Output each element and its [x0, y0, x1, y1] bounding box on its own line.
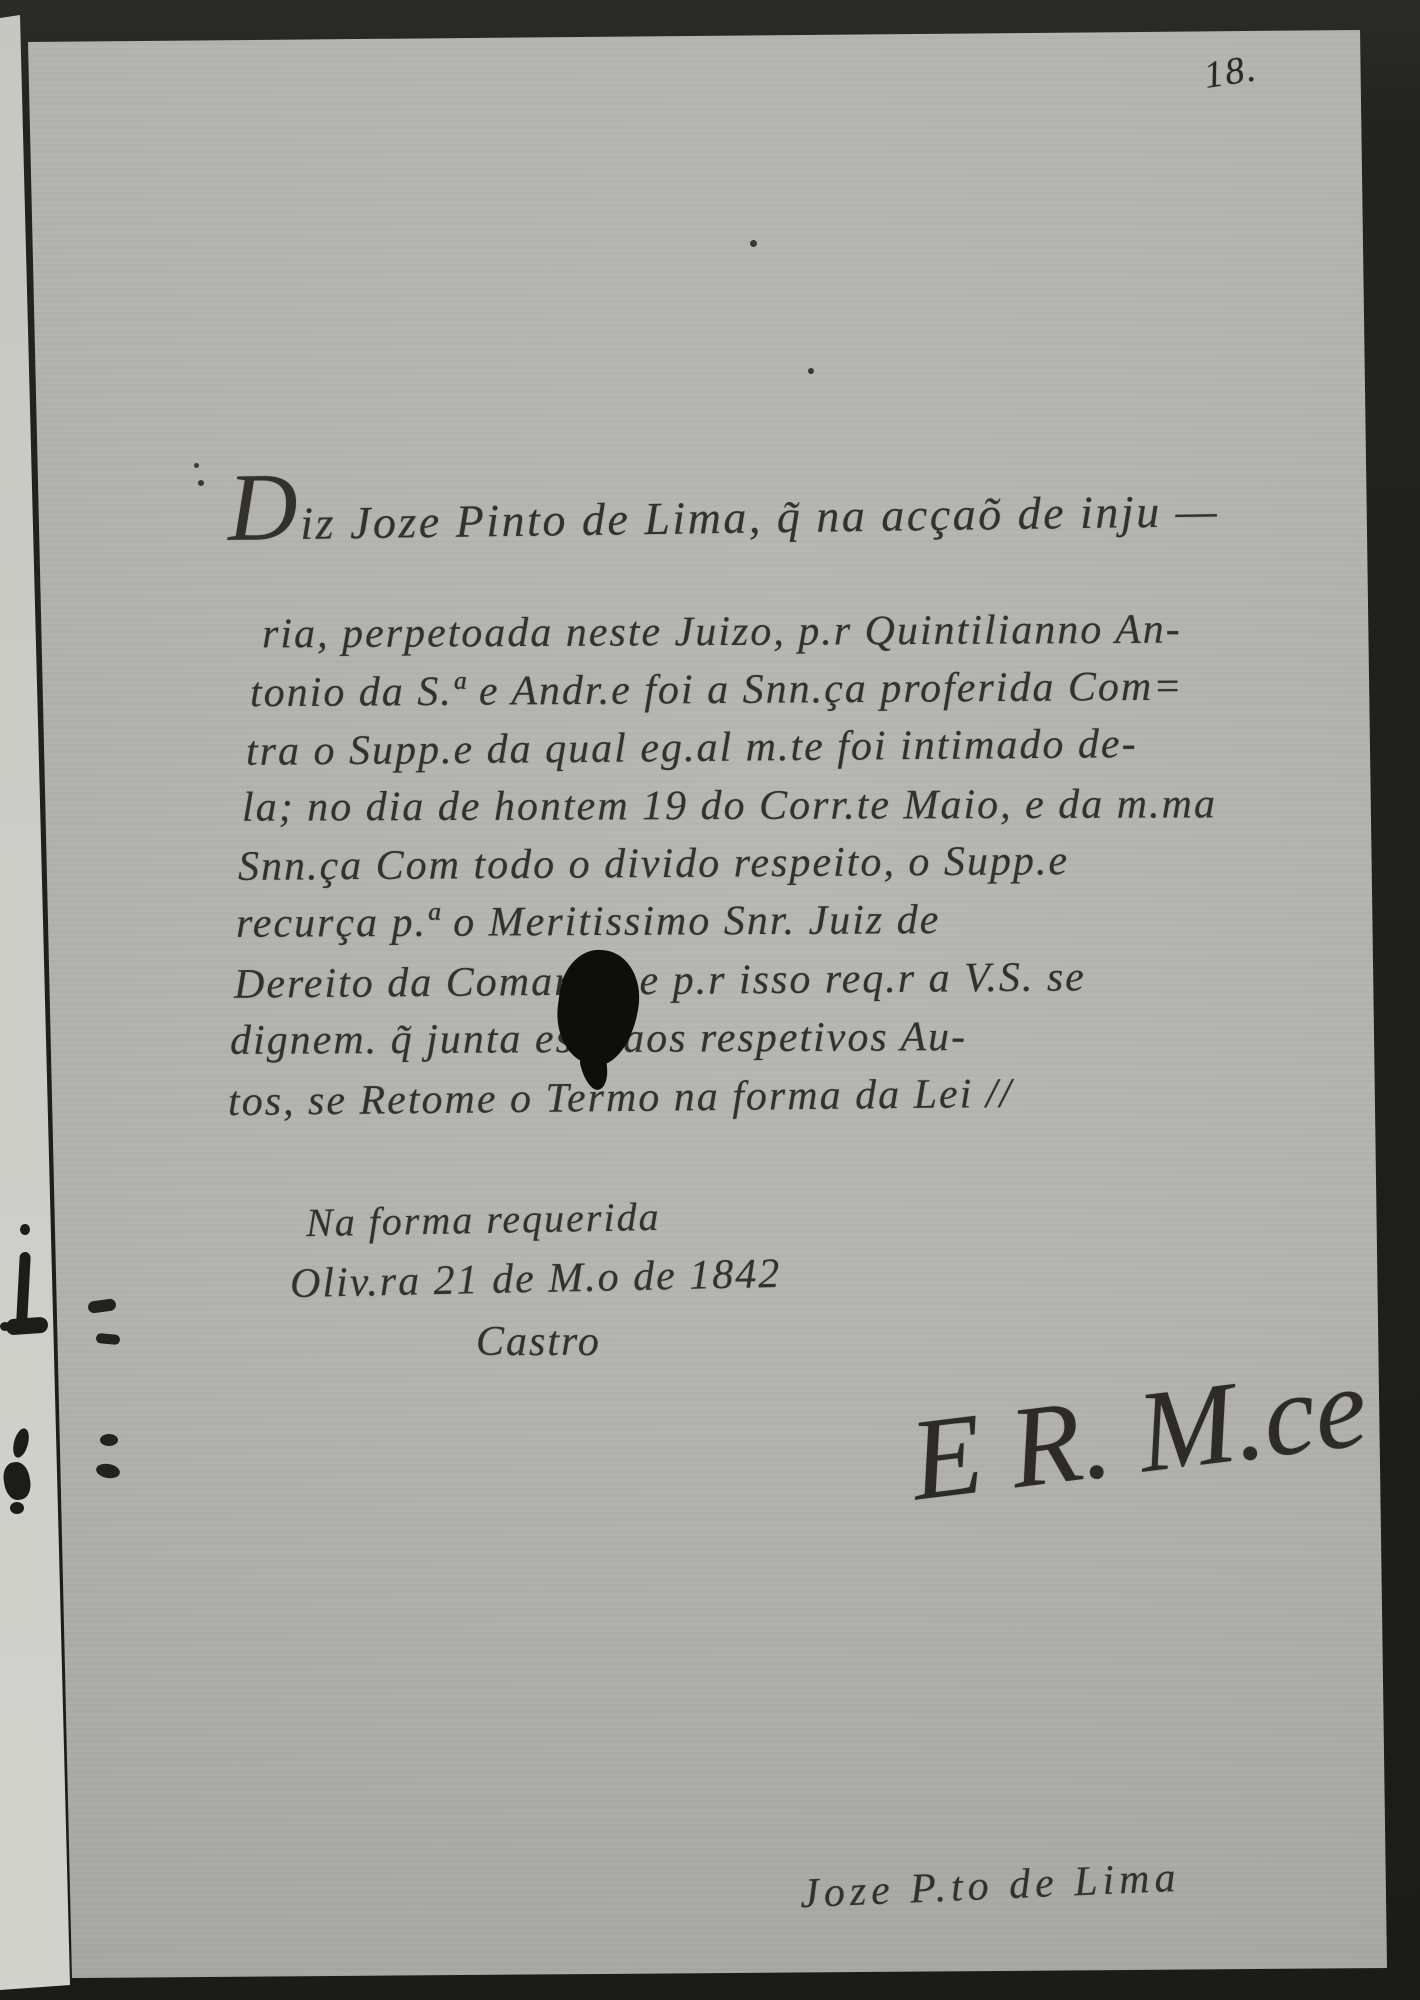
manuscript-page: 18. Diz Joze Pinto de Lima, q̃ na acçaõ …: [0, 0, 1420, 2000]
ink-speck: [750, 240, 757, 247]
petition-line: tos, se Retome o Termo na forma da Lei /…: [228, 1070, 1014, 1126]
petition-line: tonio da S.ª e Andr.e foi a Snn.ça profe…: [250, 663, 1184, 718]
petition-line: Diz Joze Pinto de Lima, q̃ na acçaõ de i…: [228, 483, 1220, 553]
petitioner-signature: Joze P.to de Lima: [799, 1854, 1181, 1919]
closing-formula: Na forma requerida: [306, 1193, 661, 1246]
clerk-name: Castro: [476, 1318, 601, 1366]
petition-line: la; no dia de hontem 19 do Corr.te Maio,…: [242, 780, 1217, 831]
petition-line: Dereito da Comarca, e p.r isso req.r a V…: [234, 953, 1086, 1008]
petition-line: ria, perpetoada neste Juizo, p.r Quintil…: [262, 606, 1182, 659]
ink-mark: [5, 1317, 48, 1336]
ink-mark: [1, 1460, 33, 1502]
clerk-rubric: E R. M.ce: [904, 1341, 1374, 1529]
ink-speck: [198, 480, 204, 486]
ink-speck: [194, 463, 199, 468]
ink-speck: [808, 368, 814, 374]
petition-line: Snn.ça Com todo o divido respeito, o Sup…: [238, 837, 1069, 891]
ink-mark: [100, 1434, 118, 1446]
ink-mark: [20, 1224, 30, 1235]
petition-line: tra o Supp.e da qual eg.al m.te foi inti…: [246, 720, 1138, 776]
ink-mark: [10, 1502, 24, 1514]
ink-mark: [96, 1333, 121, 1345]
ink-mark: [87, 1298, 116, 1314]
ink-mark: [0, 1322, 10, 1331]
ink-mark: [95, 1462, 121, 1480]
ink-mark: [10, 1427, 31, 1460]
folio-number: 18.: [1201, 46, 1261, 98]
closing-date-line: Oliv.ra 21 de M.o de 1842: [290, 1250, 782, 1308]
ink-mark: [16, 1252, 31, 1324]
scanned-document: 18. Diz Joze Pinto de Lima, q̃ na acçaõ …: [0, 0, 1420, 2000]
petition-line: recurça p.ª o Meritissimo Snr. Juiz de: [236, 896, 941, 948]
